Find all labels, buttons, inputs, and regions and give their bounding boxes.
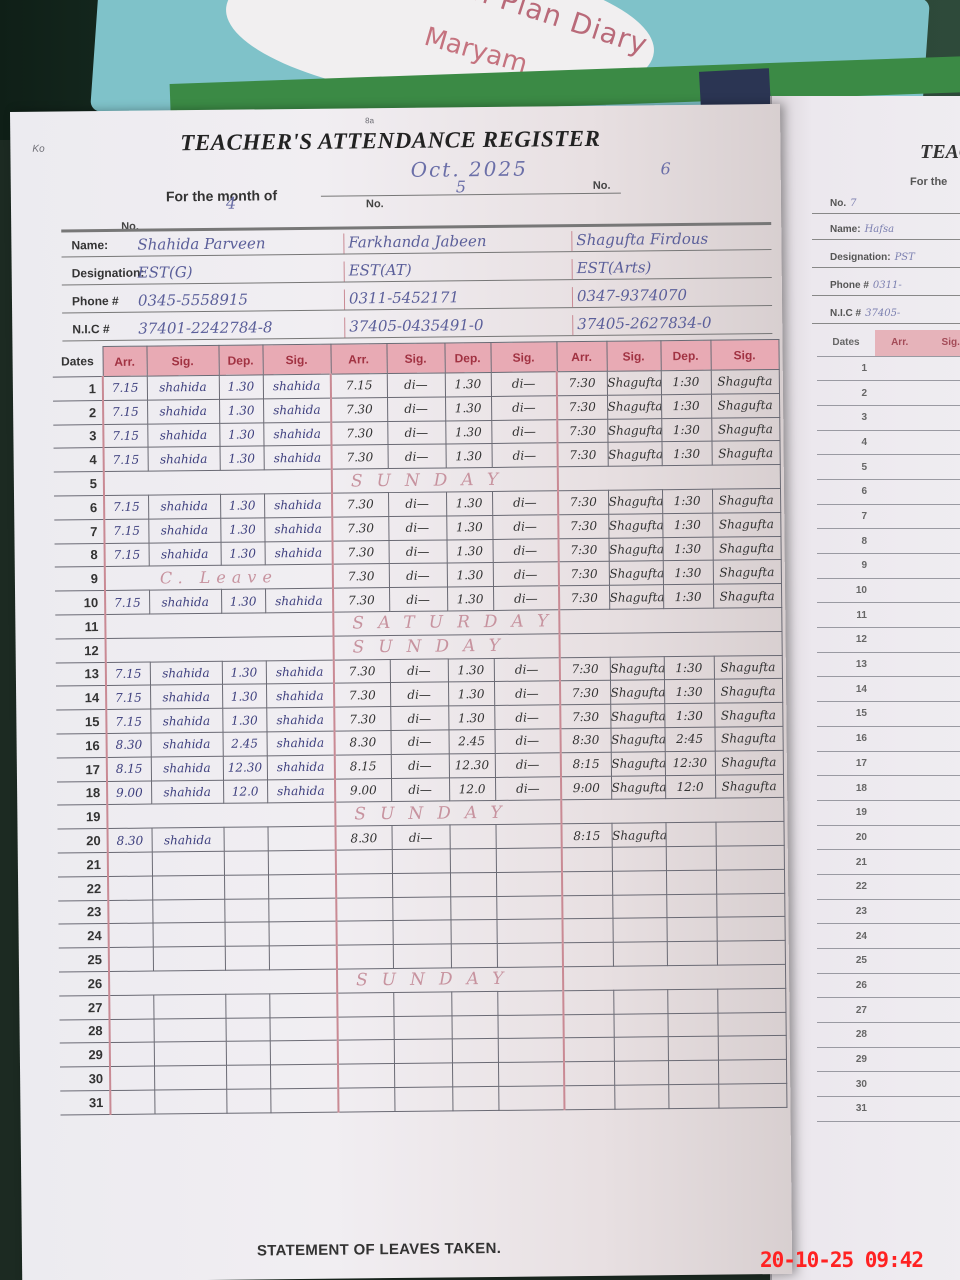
teacher-1-signature-cell: shahida (152, 827, 224, 852)
teacher-1-departure-cell (224, 851, 268, 875)
right-page-empty-cell (924, 776, 960, 801)
date-cell: 11 (55, 614, 105, 638)
teacher-3-departure-cell: 1:30 (661, 370, 711, 394)
teacher-3-departure-cell: 1:30 (662, 537, 712, 561)
right-page-name-row: Name:Hafsa (812, 214, 960, 240)
teacher-1-signature-cell: shahida (267, 731, 335, 756)
teacher-2-signature-cell (496, 848, 562, 872)
right-page-empty-cell (875, 874, 924, 899)
teacher-3-departure-cell (666, 846, 716, 870)
teacher-3-signature-cell: Shagufta (609, 585, 663, 609)
right-page-date-cell: 9 (817, 554, 875, 579)
teacher-2-arrival-cell (337, 945, 393, 969)
dates-header: Dates (52, 347, 102, 378)
teacher-1-arrival-cell: 8.30 (107, 733, 151, 757)
teacher-3-signature-cell (716, 845, 784, 870)
right-page-empty-cell (875, 899, 924, 924)
teacher-2-signature-cell: di— (491, 372, 557, 396)
date-cell: 28 (60, 1019, 110, 1043)
teacher-2-signature-cell (392, 896, 450, 920)
teacher-3-arrival-cell: 7:30 (557, 419, 607, 443)
t3-arr-header: Arr. (556, 341, 606, 372)
teacher-1-signature-cell: shahida (151, 756, 223, 781)
teacher-2-arrival-cell: 7.30 (331, 397, 387, 421)
teacher-3-signature-cell: Shagufta (608, 537, 662, 561)
right-page-row: 22 (817, 874, 960, 899)
teacher-3-departure-cell (666, 870, 716, 894)
teacher-3-signature-cell: Shagufta (713, 584, 781, 609)
right-page-empty-cell (924, 998, 960, 1023)
teacher-2-signature-cell: di— (390, 706, 448, 730)
date-cell: 24 (59, 924, 109, 948)
holiday-label: SUNDAY (335, 800, 561, 826)
right-page-title: TEAC (920, 141, 960, 164)
date-cell: 26 (59, 971, 109, 995)
right-page-date-cell: 4 (817, 430, 875, 455)
teacher-1-signature-cell (268, 898, 336, 923)
teacher-2-signature-cell: di— (390, 730, 448, 754)
teacher-3-signature-cell: Shagufta (712, 488, 780, 513)
right-page-date-cell: 28 (817, 1023, 875, 1048)
teacher-3-departure-cell (668, 1036, 718, 1060)
teacher-2-arrival-cell: 8.15 (335, 754, 391, 778)
teacher-1-signature-cell (152, 851, 224, 876)
teacher-2-departure-cell (452, 1086, 498, 1110)
date-cell: 3 (53, 424, 103, 448)
teacher-3-departure-cell (666, 894, 716, 918)
t2-sig2-header: Sig. (490, 342, 556, 373)
right-page-row: 13 (817, 652, 960, 677)
date-cell: 25 (59, 948, 109, 972)
teacher-1-signature-cell: shahida (149, 542, 221, 567)
teacher-2-signature-cell: di— (391, 754, 449, 778)
teacher-3-signature-cell: Shagufta (611, 751, 665, 775)
date-cell: 1 (53, 377, 103, 401)
holiday-blank-cell (561, 798, 783, 824)
teacher-2-signature-cell: di— (494, 705, 560, 729)
teacher-3-departure-cell: 1:30 (663, 584, 713, 608)
teacher-2-arrival-cell: 7.30 (333, 564, 389, 588)
right-page-empty-cell (875, 578, 924, 603)
teacher-1-signature-cell: shahida (263, 422, 331, 447)
teacher-3-signature-cell (613, 1013, 667, 1037)
right-page-empty-cell (924, 1072, 960, 1097)
teacher-3-signature-cell (612, 847, 666, 871)
right-page-empty-cell (875, 405, 924, 430)
date-cell: 6 (54, 496, 104, 520)
t2-arr-header: Arr. (330, 344, 386, 375)
right-page-row: 12 (817, 628, 960, 653)
date-cell: 18 (57, 781, 107, 805)
teacher-1-arrival-cell (109, 947, 153, 971)
teacher-1-departure-cell (225, 1017, 269, 1041)
teacher-2-signature-cell (392, 920, 450, 944)
right-page-empty-cell (875, 949, 924, 974)
holiday-label: SUNDAY (332, 467, 558, 493)
right-page-row: 25 (817, 949, 960, 974)
teacher-2-arrival-cell: 7.30 (334, 683, 390, 707)
date-cell: 17 (57, 757, 107, 781)
teacher-1-signature-cell: shahida (264, 493, 332, 518)
holiday-label: SATURDAY (333, 610, 559, 636)
teacher-2-signature-cell: di— (494, 681, 560, 705)
teacher-2-arrival-cell: 8.30 (335, 826, 391, 850)
teacher-1-departure-cell: 2.45 (223, 732, 267, 756)
teacher-1-signature-cell (270, 1088, 338, 1113)
teacher-2-departure-cell: 1.30 (448, 682, 494, 706)
teacher-1-departure-cell (226, 1089, 270, 1113)
teacher-2-signature-cell: di— (493, 562, 559, 586)
teacher-1-arrival-cell (110, 1019, 154, 1043)
teacher-1-signature-cell: shahida (148, 447, 220, 472)
teacher-3-signature-cell: Shagufta (714, 726, 782, 751)
teacher-3-signature-cell: Shagufta (711, 441, 779, 466)
holiday-label: SUNDAY (334, 634, 560, 660)
holiday-blank-cell (105, 612, 333, 638)
teacher-2-signature-cell (497, 943, 563, 967)
right-page-row: 17 (817, 751, 960, 776)
date-cell: 4 (54, 448, 104, 472)
t2-sig-header: Sig. (386, 343, 444, 374)
teacher-3-departure-cell (665, 822, 715, 846)
teacher-3-departure-cell (668, 1060, 718, 1084)
teacher-3-signature-cell (613, 989, 667, 1013)
teacher-1-departure-cell: 1.30 (219, 399, 263, 423)
teacher-1-leave-note: C. Leave (105, 565, 333, 591)
right-page-date-cell: 14 (817, 677, 875, 702)
teacher-3-signature-cell (614, 1085, 668, 1109)
teacher-2-designation: EST(AT) (344, 259, 572, 281)
teacher-2-signature-cell: di— (391, 825, 449, 849)
teacher-3-signature-cell: Shagufta (711, 369, 779, 394)
teacher-2-arrival-cell (338, 1087, 394, 1111)
teacher-3-departure-cell (667, 941, 717, 965)
right-page-row: 29 (817, 1047, 960, 1072)
teacher-1-signature-cell (270, 1040, 338, 1065)
teacher-1-signature-cell: shahida (150, 685, 222, 710)
teacher-3-signature-cell (717, 941, 785, 966)
right-page-date-cell: 15 (817, 702, 875, 727)
right-page-no-row: No.7 (812, 188, 960, 214)
teacher-1-signature-cell: shahida (266, 660, 334, 685)
teacher-1-arrival-cell (109, 995, 153, 1019)
no-label-2: No. (366, 198, 384, 210)
teacher-3-arrival-cell: 7:30 (560, 657, 610, 681)
teacher-2-signature-cell: di— (492, 491, 558, 515)
teacher-1-signature-cell (153, 923, 225, 948)
teacher-1-departure-cell: 1.30 (222, 660, 266, 684)
right-page-attendance-table: Dates Arr. Sig. 123456789101112131415161… (817, 330, 960, 1122)
right-page-row: 26 (817, 973, 960, 998)
date-cell: 21 (58, 852, 108, 876)
right-page-empty-cell (924, 924, 960, 949)
right-page-empty-cell (875, 529, 924, 554)
right-page-date-cell: 8 (817, 529, 875, 554)
right-page-nic-row: N.I.C #37405- (812, 298, 960, 324)
teacher-3-signature-cell: Shagufta (714, 655, 782, 680)
teacher-3-signature-cell: Shagufta (610, 728, 664, 752)
teacher-2-signature-cell (496, 919, 562, 943)
teacher-2-departure-cell: 1.30 (445, 396, 491, 420)
teacher-2-signature-cell: di— (387, 397, 445, 421)
teacher-1-signature-cell: shahida (150, 661, 222, 686)
teacher-2-departure-cell: 1.30 (447, 539, 493, 563)
teacher-2-signature-cell: di— (389, 587, 447, 611)
right-page-empty-cell (875, 998, 924, 1023)
right-page-date-cell: 11 (817, 603, 875, 628)
teacher-1-signature-cell (154, 1089, 226, 1114)
teacher-2-departure-cell (452, 1039, 498, 1063)
right-page-row: 5 (817, 455, 960, 480)
right-page-empty-cell (924, 973, 960, 998)
teacher-3-designation: EST(Arts) (572, 257, 772, 279)
teacher-info-block: Name: Shahida Parveen Farkhanda Jabeen S… (61, 222, 772, 341)
teacher-1-departure-cell: 1.30 (222, 684, 266, 708)
teacher-3-signature-cell: Shagufta (610, 680, 664, 704)
teacher-2-signature-cell (394, 1087, 452, 1111)
t3-sig-header: Sig. (606, 341, 660, 372)
date-cell: 16 (57, 733, 107, 757)
teacher-3-departure-cell: 1:30 (663, 561, 713, 585)
teacher-2-arrival-cell: 7.30 (334, 707, 390, 731)
date-cell: 8 (55, 543, 105, 567)
date-cell: 9 (55, 567, 105, 591)
right-page-empty-cell (924, 1047, 960, 1072)
teacher-1-designation: EST(G) (134, 262, 344, 284)
teacher-2-signature-cell: di— (492, 515, 558, 539)
teacher-2-signature-cell (392, 873, 450, 897)
teacher-3-arrival-cell (564, 1038, 614, 1062)
teacher-3-arrival-cell: 7:30 (558, 538, 608, 562)
teacher-1-signature-cell: shahida (151, 780, 223, 805)
teacher-3-arrival-cell (562, 919, 612, 943)
teacher-2-signature-cell: di— (494, 657, 560, 681)
teacher-1-arrival-cell (110, 1066, 154, 1090)
teacher-2-departure-cell: 1.30 (445, 372, 491, 396)
teacher-2-signature-cell: di— (491, 419, 557, 443)
teacher-3-signature-cell: Shagufta (607, 371, 661, 395)
right-page-empty-cell (875, 1072, 924, 1097)
statement-of-leaves-heading: STATEMENT OF LEAVES TAKEN. (257, 1240, 501, 1260)
right-sig-header: Sig. (924, 330, 960, 356)
teacher-2-nic: 37405-0435491-0 (344, 315, 572, 337)
date-cell: 15 (56, 710, 106, 734)
teacher-3-arrival-cell (564, 1061, 614, 1085)
right-page-date-cell: 2 (817, 381, 875, 406)
teacher-2-name: Farkhanda Jabeen (343, 231, 571, 253)
teacher-2-signature-cell (393, 944, 451, 968)
right-page-date-cell: 18 (817, 776, 875, 801)
date-cell: 27 (59, 995, 109, 1019)
date-cell: 23 (58, 900, 108, 924)
right-page-empty-cell (875, 479, 924, 504)
teacher-2-arrival-cell: 7.30 (334, 659, 390, 683)
teacher-2-signature-cell: di— (390, 682, 448, 706)
holiday-blank-cell (558, 465, 780, 491)
teacher-1-signature-cell: shahida (267, 755, 335, 780)
teacher-3-signature-cell (718, 1036, 786, 1061)
right-page-date-cell: 26 (817, 973, 875, 998)
teacher-2-signature-cell (393, 992, 451, 1016)
right-page-row: 10 (817, 578, 960, 603)
teacher-1-arrival-cell (108, 900, 152, 924)
right-page-empty-cell (924, 479, 960, 504)
month-value: Oct. 2025 (411, 157, 528, 182)
teacher-1-departure-cell (224, 875, 268, 899)
teacher-1-phone: 0345-5558915 (134, 290, 344, 312)
right-page-empty-cell (924, 825, 960, 850)
phone-label: Phone # (62, 294, 134, 313)
teacher-2-arrival-cell (337, 1016, 393, 1040)
teacher-3-departure-cell (667, 1013, 717, 1037)
teacher-3-signature-cell: Shagufta (711, 417, 779, 442)
right-page-empty-cell (924, 652, 960, 677)
teacher-3-signature-cell (614, 1061, 668, 1085)
right-page-for-month-label: For the (910, 176, 947, 188)
teacher-1-signature-cell: shahida (265, 588, 333, 613)
teacher-1-departure-cell (226, 1065, 270, 1089)
right-page-empty-cell (924, 677, 960, 702)
teacher-1-departure-cell (225, 922, 269, 946)
t2-dep-header: Dep. (444, 342, 490, 372)
teacher-3-arrival-cell: 7:30 (560, 704, 610, 728)
teacher-2-departure-cell (449, 825, 495, 849)
right-page-date-cell: 16 (817, 726, 875, 751)
teacher-3-arrival-cell: 9:00 (561, 776, 611, 800)
teacher-2-arrival-cell (338, 1064, 394, 1088)
teacher-1-departure-cell: 1.30 (221, 589, 265, 613)
teacher-3-arrival-cell (563, 990, 613, 1014)
teacher-3-departure-cell: 1:30 (662, 489, 712, 513)
right-page-empty-cell (875, 677, 924, 702)
teacher-2-signature-cell: di— (390, 659, 448, 683)
teacher-1-signature-cell: shahida (263, 374, 331, 399)
teacher-1-departure-cell: 1.30 (219, 375, 263, 399)
teacher-1-signature-cell: shahida (263, 398, 331, 423)
teacher-1-signature-cell: shahida (151, 732, 223, 757)
right-page-date-cell: 12 (817, 628, 875, 653)
teacher-3-arrival-cell (563, 1014, 613, 1038)
right-dates-header: Dates (817, 330, 875, 356)
left-page: Ko 8a TEACHER'S ATTENDANCE REGISTER For … (10, 104, 792, 1280)
teacher-3-signature-cell: Shagufta (608, 490, 662, 514)
teacher-3-signature-cell (715, 822, 783, 847)
teacher-1-departure-cell: 1.30 (222, 708, 266, 732)
attendance-table: Dates Arr. Sig. Dep. Sig. Arr. Sig. Dep.… (52, 339, 787, 1115)
right-page-empty-cell (924, 578, 960, 603)
date-cell: 30 (60, 1067, 110, 1091)
right-page-empty-cell (875, 1023, 924, 1048)
teacher-3-signature-cell: Shagufta (609, 561, 663, 585)
right-page-row: 28 (817, 1023, 960, 1048)
holiday-blank-cell (107, 802, 335, 828)
teacher-1-signature-cell (152, 875, 224, 900)
page-corner-mark: Ko (32, 144, 44, 155)
teacher-2-arrival-cell: 7.30 (333, 540, 389, 564)
teacher-1-arrival-cell: 7.15 (106, 662, 150, 686)
teacher-2-arrival-cell: 7.30 (333, 588, 389, 612)
teacher-1-signature-cell (154, 1065, 226, 1090)
right-page-row: 14 (817, 677, 960, 702)
right-page-row: 16 (817, 726, 960, 751)
teacher-2-signature-cell: di— (388, 516, 446, 540)
teacher-3-departure-cell: 1:30 (661, 442, 711, 466)
right-page-row: 2 (817, 381, 960, 406)
teacher-3-signature-cell: Shagufta (608, 513, 662, 537)
teacher-2-departure-cell: 1.30 (447, 563, 493, 587)
right-page-empty-cell (924, 455, 960, 480)
date-cell: 7 (54, 519, 104, 543)
holiday-blank-cell (104, 469, 332, 495)
teacher-1-signature-cell (269, 945, 337, 970)
teacher-2-departure-cell (452, 1063, 498, 1087)
date-cell: 29 (60, 1043, 110, 1067)
for-month-label: For the month of (166, 187, 277, 204)
teacher-1-departure-cell (225, 946, 269, 970)
teacher-2-signature-cell: di— (388, 444, 446, 468)
right-page-empty-cell (924, 405, 960, 430)
holiday-label: SUNDAY (337, 967, 563, 993)
right-page-date-cell: 27 (817, 998, 875, 1023)
teacher-2-signature-cell: di— (387, 421, 445, 445)
teacher-3-signature-cell: Shagufta (611, 775, 665, 799)
right-page-date-cell: 20 (817, 825, 875, 850)
teacher-3-signature-cell: Shagufta (610, 704, 664, 728)
teacher-1-arrival-cell: 7.15 (105, 543, 149, 567)
teacher-1-nic: 37401-2242784-8 (134, 318, 344, 340)
right-page-empty-cell (875, 702, 924, 727)
right-page-date-cell: 29 (817, 1047, 875, 1072)
right-page-empty-cell (924, 554, 960, 579)
right-page-empty-cell (924, 1023, 960, 1048)
right-page-empty-cell (924, 603, 960, 628)
teacher-2-departure-cell (451, 944, 497, 968)
teacher-1-arrival-cell: 7.15 (106, 709, 150, 733)
teacher-3-departure-cell: 1:30 (664, 680, 714, 704)
right-page-date-cell: 25 (817, 949, 875, 974)
teacher-2-arrival-cell: 7.15 (331, 374, 387, 398)
teacher-2-departure-cell (450, 872, 496, 896)
right-page-row: 9 (817, 554, 960, 579)
teacher-3-signature-cell: Shagufta (711, 393, 779, 418)
right-page-empty-cell (875, 800, 924, 825)
teacher-3-arrival-cell: 7:30 (557, 371, 607, 395)
teacher-1-departure-cell (224, 898, 268, 922)
teacher-2-departure-cell (451, 1015, 497, 1039)
teacher-2-signature-cell: di— (391, 777, 449, 801)
right-page-empty-cell (875, 1047, 924, 1072)
teacher-1-arrival-cell: 7.15 (104, 447, 148, 471)
right-page-empty-cell (924, 356, 960, 381)
right-page-date-cell: 23 (817, 899, 875, 924)
teacher-1-departure-cell: 1.30 (221, 541, 265, 565)
t1-dep-header: Dep. (218, 345, 262, 375)
holiday-blank-cell (109, 969, 337, 995)
right-page-row: 4 (817, 430, 960, 455)
teacher-1-arrival-cell: 8.15 (107, 757, 151, 781)
teacher-3-signature-cell (716, 869, 784, 894)
teacher-2-signature-cell (495, 824, 561, 848)
teacher-2-signature-cell: di— (388, 492, 446, 516)
teacher-3-signature-cell: Shagufta (610, 656, 664, 680)
teacher-2-arrival-cell (336, 873, 392, 897)
teacher-1-signature-cell: shahida (150, 708, 222, 733)
right-page-row: 21 (817, 850, 960, 875)
right-page-empty-cell (875, 751, 924, 776)
teacher-3-departure-cell (668, 1084, 718, 1108)
right-page-empty-cell (875, 1097, 924, 1122)
right-page-row: 23 (817, 899, 960, 924)
